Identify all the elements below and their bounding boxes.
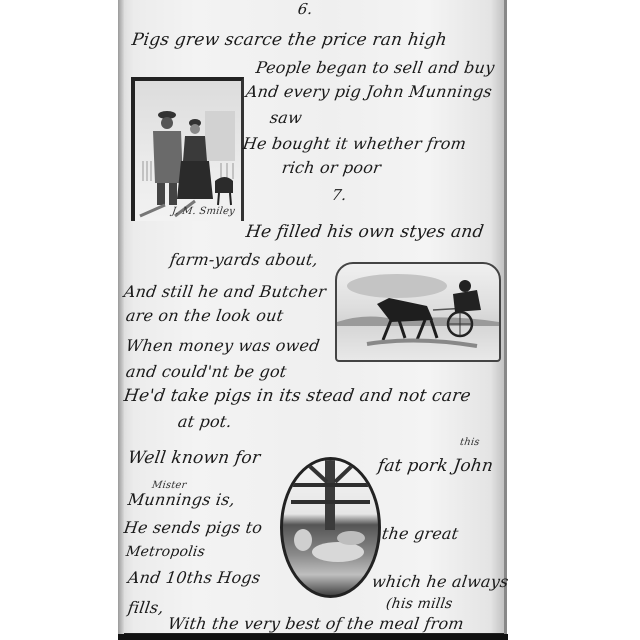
verse-line: at pot. <box>177 412 234 431</box>
verse-line: the great <box>381 524 460 543</box>
page-number-6: 6. <box>297 0 314 18</box>
verse-line: And 10ths Hogs <box>127 568 262 587</box>
verse-line: And still he and Butcher <box>123 282 328 301</box>
verse-line: When money was owed <box>125 336 321 355</box>
verse-line: fills, <box>127 598 165 617</box>
page-number-7: 7. <box>331 186 348 204</box>
horse-cart-drawing <box>337 264 499 360</box>
verse-line: Well known for <box>127 448 262 468</box>
verse-line: He bought it whether from <box>242 134 468 153</box>
verse-line: People began to sell and buy <box>255 58 496 77</box>
verse-line: (his mills <box>385 596 454 612</box>
verse-line: are on the look out <box>125 306 285 325</box>
couple-drawing <box>135 81 241 221</box>
horse-and-cart-sketch <box>335 262 501 362</box>
verse-line: He sends pigs to <box>123 518 264 537</box>
verse-line: rich or poor <box>281 158 383 177</box>
couple-with-dog-sketch <box>131 77 244 221</box>
pigs-drawing <box>283 460 378 595</box>
verse-line: and could'nt be got <box>125 362 288 381</box>
sketch-signature: J. M. Smiley <box>171 206 235 217</box>
page-bottom-edge <box>118 634 508 640</box>
verse-line: fat pork John <box>377 456 495 476</box>
verse-line: farm-yards about, <box>169 250 320 269</box>
verse-line: And every pig John Munnings <box>245 82 494 101</box>
insertion-note: this <box>459 437 480 448</box>
verse-line: Munnings is, <box>127 490 237 509</box>
verse-line: He'd take pigs in its stead and not care <box>123 386 473 406</box>
verse-line: With the very best of the meal from <box>167 614 465 633</box>
verse-line: Pigs grew scarce the price ran high <box>131 30 449 50</box>
verse-line: which he always <box>371 572 510 591</box>
verse-line: saw <box>269 108 304 127</box>
page-edge <box>504 0 507 636</box>
verse-line: He filled his own styes and <box>245 222 485 242</box>
pigs-in-sty-sketch <box>280 457 381 598</box>
verse-line: Metropolis <box>125 544 206 560</box>
